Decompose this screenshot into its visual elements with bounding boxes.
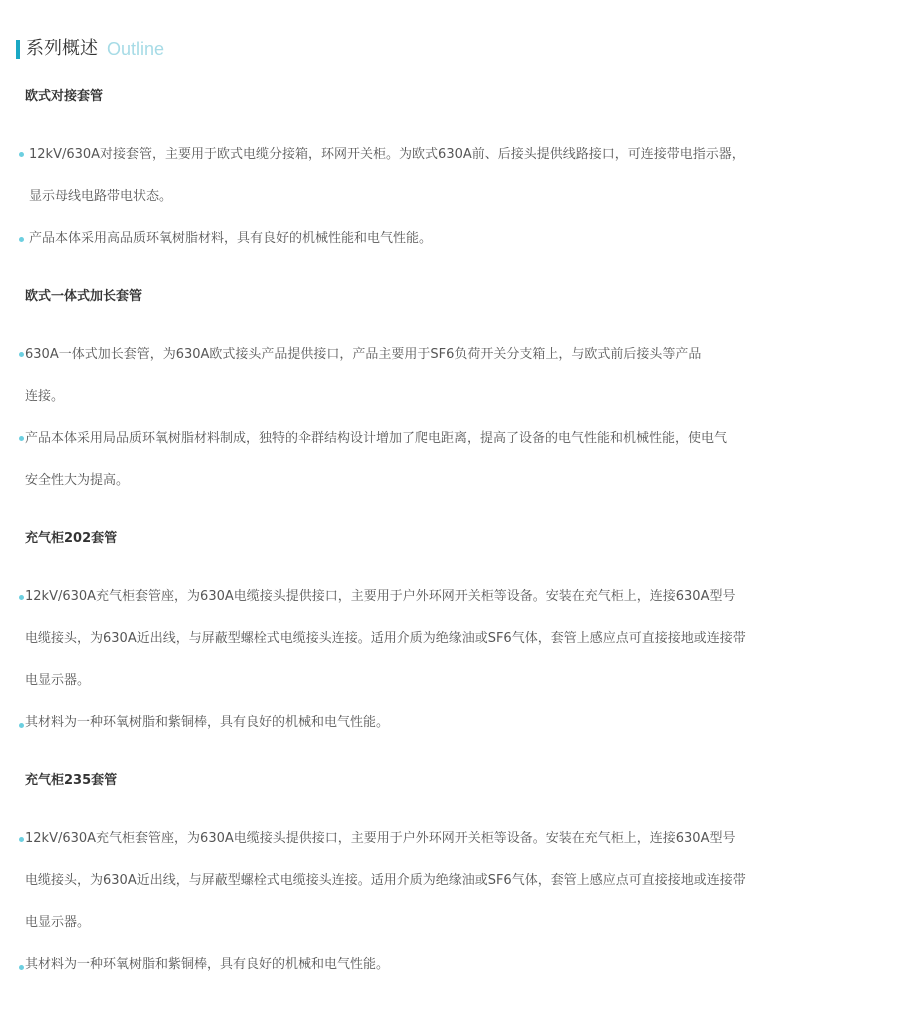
paragraph-line: 其材料为一种环氧树脂和紫铜棒，具有良好的机械和电气性能。 <box>25 714 389 732</box>
section-title: 欧式一体式加长套管 <box>25 288 142 306</box>
bullet-icon <box>19 237 24 242</box>
bullet-icon <box>19 436 24 441</box>
paragraph-line: 电缆接头，为630A近出线，与屏蔽型螺栓式电缆接头连接。适用介质为绝缘油或SF6… <box>25 872 746 890</box>
header-accent-bar <box>16 40 20 59</box>
page-header: 系列概述 Outline <box>16 38 164 60</box>
bullet-icon <box>19 965 24 970</box>
paragraph-line: 显示母线电路带电状态。 <box>29 188 172 206</box>
section-title: 欧式对接套管 <box>25 88 103 106</box>
paragraph-line: 电缆接头，为630A近出线，与屏蔽型螺栓式电缆接头连接。适用介质为绝缘油或SF6… <box>25 630 746 648</box>
paragraph-line: 12kV/630A充气柜套管座，为630A电缆接头提供接口，主要用于户外环网开关… <box>25 588 735 606</box>
paragraph-line: 连接。 <box>25 388 64 406</box>
bullet-icon <box>19 595 24 600</box>
bullet-icon <box>19 723 24 728</box>
paragraph-line: 产品本体采用局品质环氧树脂材料制成，独特的伞群结构设计增加了爬电距离，提高了设备… <box>25 430 727 448</box>
bullet-icon <box>19 352 24 357</box>
paragraph-line: 其材料为一种环氧树脂和紫铜棒，具有良好的机械和电气性能。 <box>25 956 389 974</box>
paragraph-line: 12kV/630A充气柜套管座，为630A电缆接头提供接口，主要用于户外环网开关… <box>25 830 735 848</box>
paragraph-line: 电显示器。 <box>25 672 90 690</box>
paragraph-line: 12kV/630A对接套管，主要用于欧式电缆分接箱，环网开关柜。为欧式630A前… <box>29 146 745 164</box>
paragraph-line: 电显示器。 <box>25 914 90 932</box>
bullet-icon <box>19 837 24 842</box>
section-title: 充气柜202套管 <box>25 530 117 548</box>
page-title: 系列概述 <box>26 38 98 60</box>
section-title: 充气柜235套管 <box>25 772 117 790</box>
page-subtitle: Outline <box>107 38 164 60</box>
paragraph-line: 产品本体采用高品质环氧树脂材料，具有良好的机械性能和电气性能。 <box>29 230 432 248</box>
paragraph-line: 安全性大为提高。 <box>25 472 129 490</box>
paragraph-line: 630A一体式加长套管，为630A欧式接头产品提供接口，产品主要用于SF6负荷开… <box>25 346 701 364</box>
bullet-icon <box>19 152 24 157</box>
